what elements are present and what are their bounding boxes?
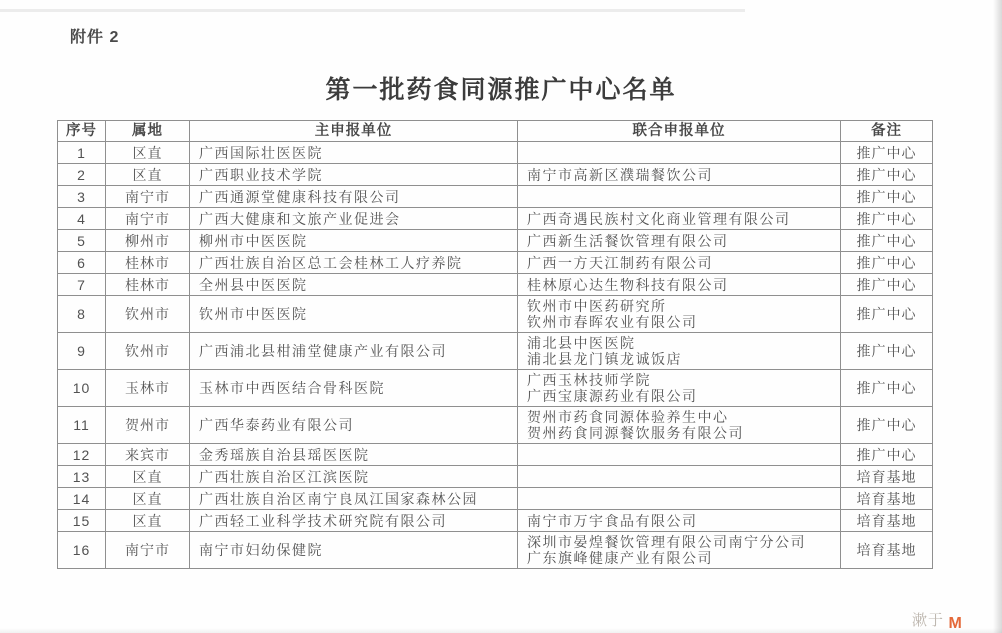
cell-joint-applicant: 广西新生活餐饮管理有限公司 (518, 230, 841, 252)
cell-serial-number: 4 (58, 208, 106, 230)
cell-remark: 培育基地 (841, 488, 933, 510)
cell-region: 区直 (106, 142, 190, 164)
header-region: 属地 (106, 121, 190, 142)
scan-artifact-bottom (0, 628, 1002, 633)
cell-main-applicant: 全州县中医医院 (190, 274, 518, 296)
cell-serial-number: 2 (58, 164, 106, 186)
cell-joint-applicant: 深圳市晏煌餐饮管理有限公司南宁分公司 广东旗峰健康产业有限公司 (518, 532, 841, 569)
cell-joint-applicant: 浦北县中医医院 浦北县龙门镇龙诚饭店 (518, 333, 841, 370)
cell-joint-applicant: 南宁市万宇食品有限公司 (518, 510, 841, 532)
cell-remark: 培育基地 (841, 510, 933, 532)
cell-main-applicant: 广西大健康和文旅产业促进会 (190, 208, 518, 230)
table-row: 14区直广西壮族自治区南宁良凤江国家森林公园培育基地 (58, 488, 933, 510)
cell-region: 区直 (106, 466, 190, 488)
cell-joint-applicant: 钦州市中医药研究所 钦州市春晖农业有限公司 (518, 296, 841, 333)
cell-main-applicant: 钦州市中医医院 (190, 296, 518, 333)
cell-serial-number: 14 (58, 488, 106, 510)
scanned-document-page: 附件 2 第一批药食同源推广中心名单 序号 属地 主申报单位 联合申报单位 备注 (0, 0, 1002, 633)
table-row: 11贺州市广西华泰药业有限公司贺州市药食同源体验养生中心 贺州药食同源餐饮服务有… (58, 407, 933, 444)
cell-serial-number: 10 (58, 370, 106, 407)
cell-remark: 推广中心 (841, 208, 933, 230)
cell-region: 玉林市 (106, 370, 190, 407)
cell-region: 南宁市 (106, 208, 190, 230)
cell-serial-number: 15 (58, 510, 106, 532)
cell-main-applicant: 广西通源堂健康科技有限公司 (190, 186, 518, 208)
promotion-center-table-wrap: 序号 属地 主申报单位 联合申报单位 备注 1区直广西国际壮医医院推广中心2区直… (57, 120, 932, 569)
cell-serial-number: 11 (58, 407, 106, 444)
cell-remark: 推广中心 (841, 230, 933, 252)
table-row: 1区直广西国际壮医医院推广中心 (58, 142, 933, 164)
promotion-center-table: 序号 属地 主申报单位 联合申报单位 备注 1区直广西国际壮医医院推广中心2区直… (57, 120, 933, 569)
table-row: 5柳州市柳州市中医医院广西新生活餐饮管理有限公司推广中心 (58, 230, 933, 252)
scan-artifact-top (0, 9, 745, 12)
table-row: 6桂林市广西壮族自治区总工会桂林工人疗养院广西一方天江制药有限公司推广中心 (58, 252, 933, 274)
cell-main-applicant: 广西壮族自治区江滨医院 (190, 466, 518, 488)
cell-remark: 推广中心 (841, 252, 933, 274)
cell-joint-applicant: 桂林原心达生物科技有限公司 (518, 274, 841, 296)
table-row: 8钦州市钦州市中医医院钦州市中医药研究所 钦州市春晖农业有限公司推广中心 (58, 296, 933, 333)
cell-remark: 推广中心 (841, 164, 933, 186)
cell-joint-applicant (518, 488, 841, 510)
cell-region: 钦州市 (106, 333, 190, 370)
cell-remark: 培育基地 (841, 466, 933, 488)
table-row: 13区直广西壮族自治区江滨医院培育基地 (58, 466, 933, 488)
table-row: 16南宁市南宁市妇幼保健院深圳市晏煌餐饮管理有限公司南宁分公司 广东旗峰健康产业… (58, 532, 933, 569)
header-main-applicant: 主申报单位 (190, 121, 518, 142)
cell-remark: 推广中心 (841, 142, 933, 164)
cell-region: 贺州市 (106, 407, 190, 444)
document-title: 第一批药食同源推广中心名单 (0, 70, 1002, 106)
cell-remark: 推广中心 (841, 370, 933, 407)
cell-region: 柳州市 (106, 230, 190, 252)
cell-main-applicant: 广西浦北县柑浦堂健康产业有限公司 (190, 333, 518, 370)
watermark-text: 漱于 (912, 612, 944, 629)
cell-region: 区直 (106, 510, 190, 532)
cell-joint-applicant (518, 142, 841, 164)
cell-joint-applicant: 广西玉林技师学院 广西宝康源药业有限公司 (518, 370, 841, 407)
cell-main-applicant: 广西壮族自治区总工会桂林工人疗养院 (190, 252, 518, 274)
watermark-logo-icon: M (948, 615, 961, 631)
cell-remark: 推广中心 (841, 296, 933, 333)
table-row: 2区直广西职业技术学院南宁市高新区濮瑞餐饮公司推广中心 (58, 164, 933, 186)
header-serial-number: 序号 (58, 121, 106, 142)
header-remark: 备注 (841, 121, 933, 142)
watermark: 漱于 M (912, 609, 1002, 631)
cell-region: 区直 (106, 164, 190, 186)
cell-region: 区直 (106, 488, 190, 510)
cell-remark: 推广中心 (841, 186, 933, 208)
cell-region: 钦州市 (106, 296, 190, 333)
table-body: 1区直广西国际壮医医院推广中心2区直广西职业技术学院南宁市高新区濮瑞餐饮公司推广… (58, 142, 933, 569)
cell-main-applicant: 广西华泰药业有限公司 (190, 407, 518, 444)
cell-serial-number: 6 (58, 252, 106, 274)
cell-joint-applicant: 南宁市高新区濮瑞餐饮公司 (518, 164, 841, 186)
cell-remark: 推广中心 (841, 333, 933, 370)
cell-serial-number: 5 (58, 230, 106, 252)
cell-serial-number: 3 (58, 186, 106, 208)
cell-main-applicant: 玉林市中西医结合骨科医院 (190, 370, 518, 407)
cell-serial-number: 9 (58, 333, 106, 370)
cell-main-applicant: 柳州市中医医院 (190, 230, 518, 252)
cell-region: 来宾市 (106, 444, 190, 466)
cell-main-applicant: 广西壮族自治区南宁良凤江国家森林公园 (190, 488, 518, 510)
cell-joint-applicant: 广西一方天江制药有限公司 (518, 252, 841, 274)
cell-main-applicant: 广西国际壮医医院 (190, 142, 518, 164)
cell-region: 桂林市 (106, 274, 190, 296)
table-row: 7桂林市全州县中医医院桂林原心达生物科技有限公司推广中心 (58, 274, 933, 296)
table-row: 9钦州市广西浦北县柑浦堂健康产业有限公司浦北县中医医院 浦北县龙门镇龙诚饭店推广… (58, 333, 933, 370)
cell-serial-number: 12 (58, 444, 106, 466)
cell-serial-number: 7 (58, 274, 106, 296)
cell-remark: 培育基地 (841, 532, 933, 569)
cell-serial-number: 8 (58, 296, 106, 333)
cell-joint-applicant: 广西奇遇民族村文化商业管理有限公司 (518, 208, 841, 230)
header-joint-applicant: 联合申报单位 (518, 121, 841, 142)
cell-joint-applicant: 贺州市药食同源体验养生中心 贺州药食同源餐饮服务有限公司 (518, 407, 841, 444)
cell-joint-applicant (518, 186, 841, 208)
cell-main-applicant: 广西轻工业科学技术研究院有限公司 (190, 510, 518, 532)
cell-remark: 推广中心 (841, 444, 933, 466)
cell-region: 南宁市 (106, 532, 190, 569)
table-row: 4南宁市广西大健康和文旅产业促进会广西奇遇民族村文化商业管理有限公司推广中心 (58, 208, 933, 230)
cell-serial-number: 16 (58, 532, 106, 569)
cell-serial-number: 13 (58, 466, 106, 488)
cell-joint-applicant (518, 466, 841, 488)
cell-main-applicant: 金秀瑶族自治县瑶医医院 (190, 444, 518, 466)
cell-region: 南宁市 (106, 186, 190, 208)
cell-remark: 推广中心 (841, 407, 933, 444)
table-header-row: 序号 属地 主申报单位 联合申报单位 备注 (58, 121, 933, 142)
attachment-label: 附件 2 (70, 24, 119, 47)
cell-serial-number: 1 (58, 142, 106, 164)
table-row: 3南宁市广西通源堂健康科技有限公司推广中心 (58, 186, 933, 208)
cell-main-applicant: 南宁市妇幼保健院 (190, 532, 518, 569)
table-row: 12来宾市金秀瑶族自治县瑶医医院推广中心 (58, 444, 933, 466)
cell-remark: 推广中心 (841, 274, 933, 296)
table-row: 15区直广西轻工业科学技术研究院有限公司南宁市万宇食品有限公司培育基地 (58, 510, 933, 532)
cell-main-applicant: 广西职业技术学院 (190, 164, 518, 186)
table-row: 10玉林市玉林市中西医结合骨科医院广西玉林技师学院 广西宝康源药业有限公司推广中… (58, 370, 933, 407)
cell-region: 桂林市 (106, 252, 190, 274)
cell-joint-applicant (518, 444, 841, 466)
